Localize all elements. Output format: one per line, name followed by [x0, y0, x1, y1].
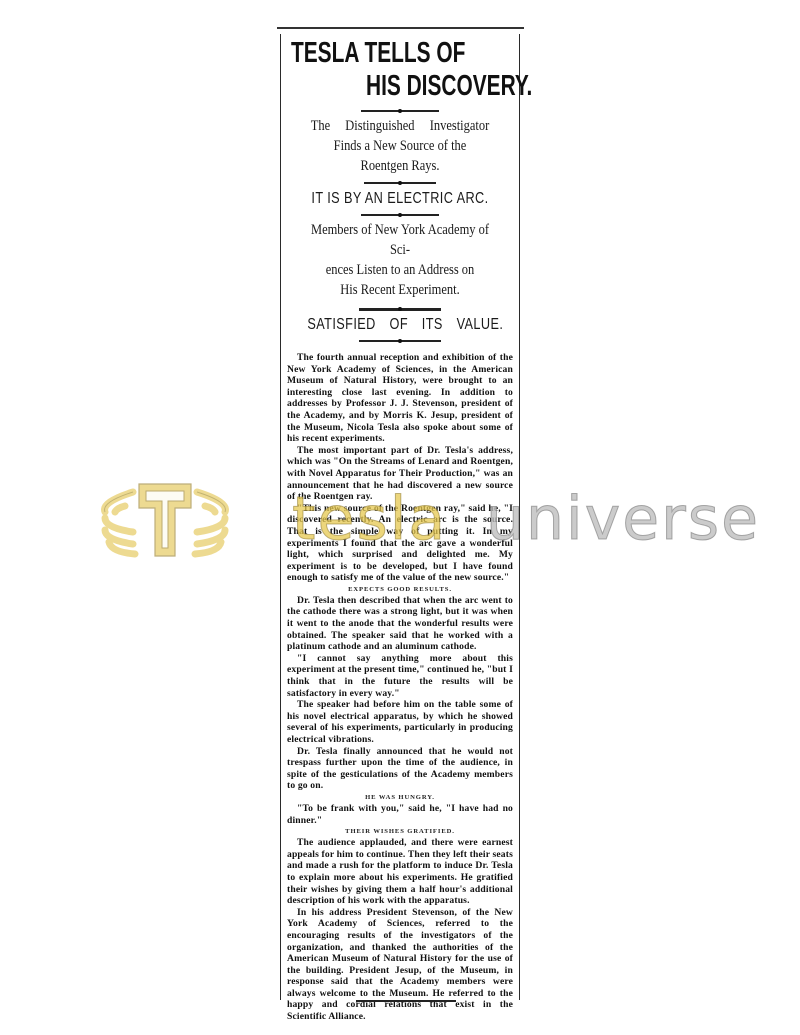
- deck-1-line: Roentgen Rays.: [303, 156, 497, 176]
- divider: [287, 336, 513, 346]
- deck-1-line: The Distinguished Investigator: [303, 116, 497, 136]
- end-rule: [356, 1000, 456, 1002]
- paragraph: "To be frank with you," said he, "I have…: [287, 803, 513, 826]
- watermark-word-universe: universe: [486, 484, 760, 554]
- deck-2-line: His Recent Experiment.: [303, 280, 497, 300]
- headline-line-2: HIS DISCOVERY.: [366, 70, 472, 103]
- paragraph: In his address President Stevenson, of t…: [287, 907, 513, 1023]
- paragraph: The fourth annual reception and exhibiti…: [287, 352, 513, 445]
- headline-line-1: TESLA TELLS OF: [291, 37, 451, 70]
- paragraph: The audience applauded, and there were e…: [287, 837, 513, 907]
- deck-2-line: ences Listen to an Address on: [303, 260, 497, 280]
- deck-2-line: Members of New York Academy of Sci-: [303, 220, 497, 260]
- divider: [287, 304, 513, 314]
- top-rule: [277, 27, 524, 29]
- paragraph: The speaker had before him on the table …: [287, 699, 513, 745]
- newspaper-clipping-page: TESLA TELLS OF HIS DISCOVERY. The Distin…: [0, 0, 800, 1035]
- subheadline-electric-arc: IT IS BY AN ELECTRIC ARC.: [307, 188, 492, 210]
- deck-2: Members of New York Academy of Sci- ence…: [287, 220, 513, 300]
- section-heading-expects-good-results: EXPECTS GOOD RESULTS.: [287, 584, 513, 595]
- paragraph: Dr. Tesla finally announced that he woul…: [287, 746, 513, 792]
- paragraph: Dr. Tesla then described that when the a…: [287, 595, 513, 653]
- divider: [287, 210, 513, 220]
- deck-1-line: Finds a New Source of the: [303, 136, 497, 156]
- watermark-word-tesla: tesla: [292, 484, 447, 554]
- article-body: The fourth annual reception and exhibiti…: [287, 352, 513, 1023]
- deck-1: The Distinguished Investigator Finds a N…: [287, 116, 513, 176]
- section-heading-he-was-hungry: HE WAS HUNGRY.: [287, 792, 513, 803]
- section-heading-their-wishes-gratified: THEIR WISHES GRATIFIED.: [287, 826, 513, 837]
- subheadline-satisfied: SATISFIED OF ITS VALUE.: [307, 314, 492, 336]
- divider: [287, 106, 513, 116]
- divider: [287, 178, 513, 188]
- paragraph: "I cannot say anything more about this e…: [287, 653, 513, 699]
- tesla-universe-logo-icon: [95, 478, 235, 560]
